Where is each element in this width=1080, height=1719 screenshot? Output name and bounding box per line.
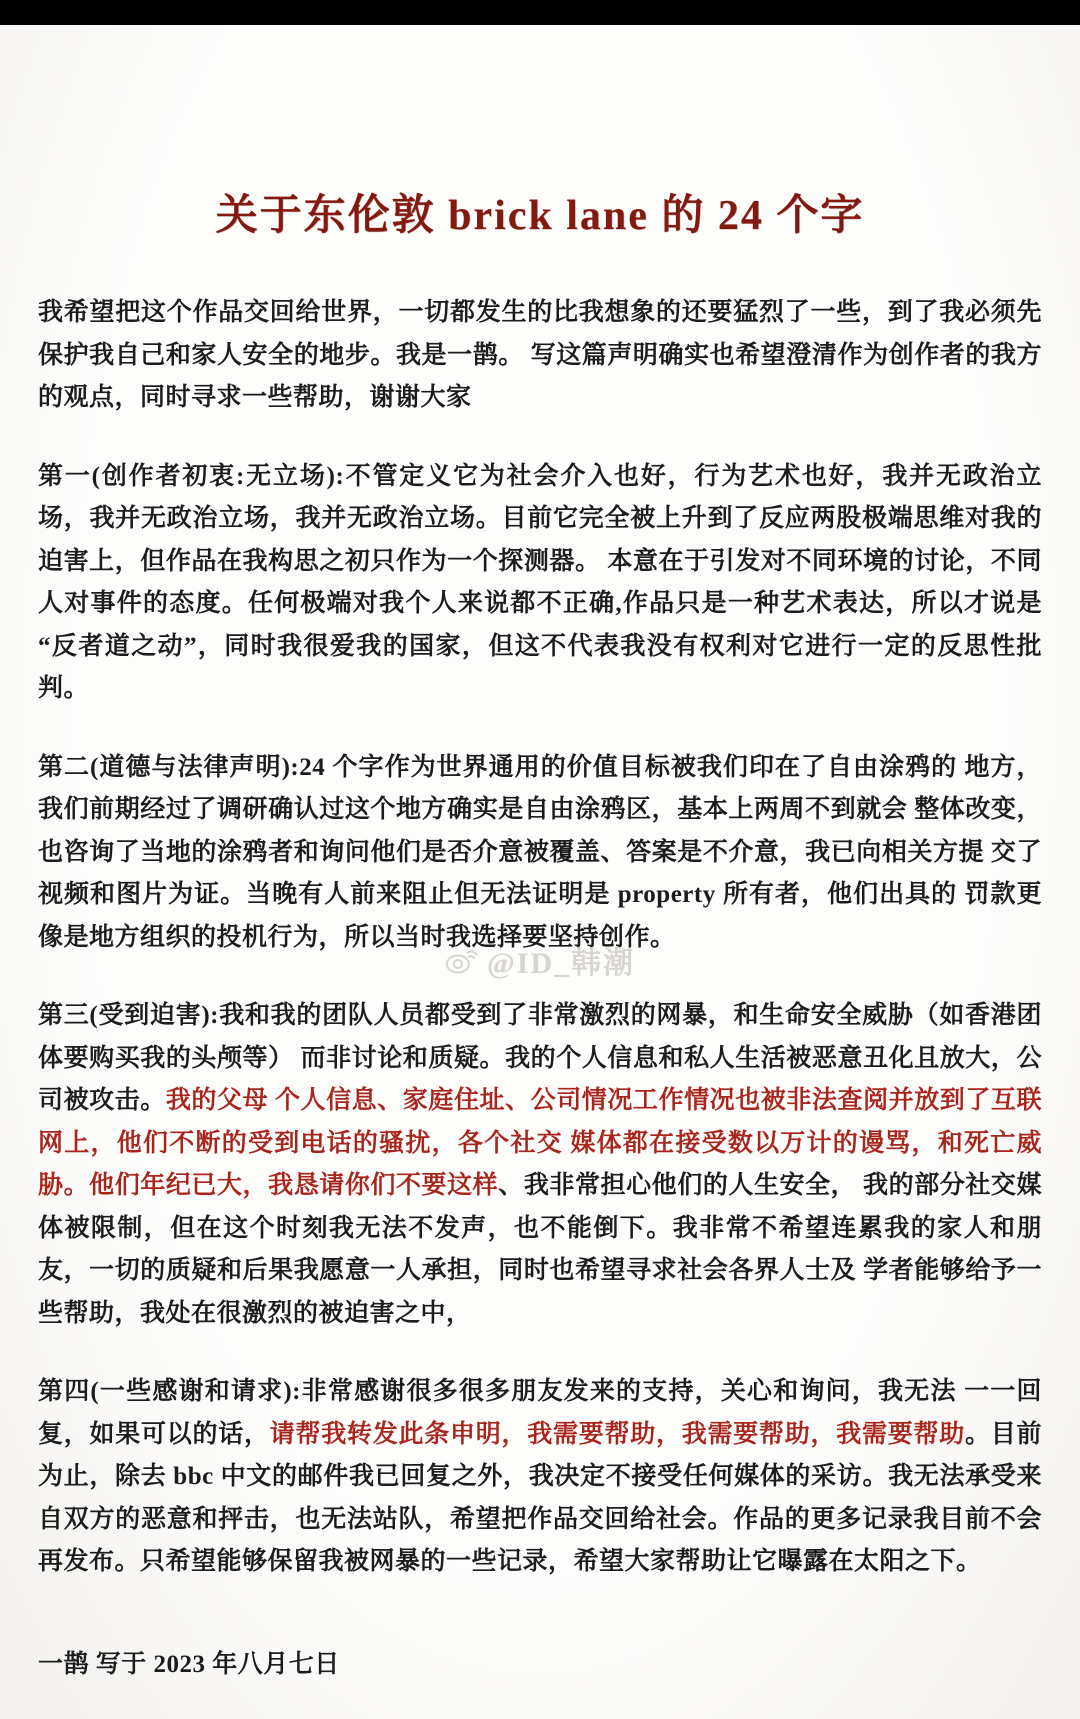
paragraph: 我希望把这个作品交回给世界，一切都发生的比我想象的还要猛烈了一些，到了我必须先保… — [38, 292, 1042, 420]
body-text: 我希望把这个作品交回给世界，一切都发生的比我想象的还要猛烈了一些，到了我必须先保… — [38, 299, 1042, 411]
highlighted-text: 请帮我转发此条申明，我需要帮助，我需要帮助，我需要帮助 — [270, 1421, 965, 1448]
paragraph: 第四(一些感谢和请求):非常感谢很多很多朋友发来的支持，关心和询问，我无法 一一… — [38, 1371, 1042, 1584]
paragraph: 第二(道德与法律声明):24 个字作为世界通用的价值目标被我们印在了自由涂鸦的 … — [38, 747, 1042, 960]
paragraph: 第三(受到迫害):我和我的团队人员都受到了非常激烈的网暴，和生命安全威胁（如香港… — [38, 995, 1042, 1335]
top-black-bar — [0, 0, 1080, 25]
body-text: 第二(道德与法律声明):24 个字作为世界通用的价值目标被我们印在了自由涂鸦的 … — [38, 754, 1042, 951]
paragraph: 第一(创作者初衷:无立场):不管定义它为社会介入也好，行为艺术也好，我并无政治立… — [38, 456, 1042, 711]
page-title: 关于东伦敦 brick lane 的 24 个字 — [0, 0, 1080, 242]
signature: 一鹊 写于 2023 年八月七日 — [0, 1620, 1080, 1680]
document-page: 关于东伦敦 brick lane 的 24 个字 我希望把这个作品交回给世界，一… — [0, 0, 1080, 1719]
body-text: 第一(创作者初衷:无立场):不管定义它为社会介入也好，行为艺术也好，我并无政治立… — [38, 463, 1042, 703]
document-body: 我希望把这个作品交回给世界，一切都发生的比我想象的还要猛烈了一些，到了我必须先保… — [0, 292, 1080, 1584]
